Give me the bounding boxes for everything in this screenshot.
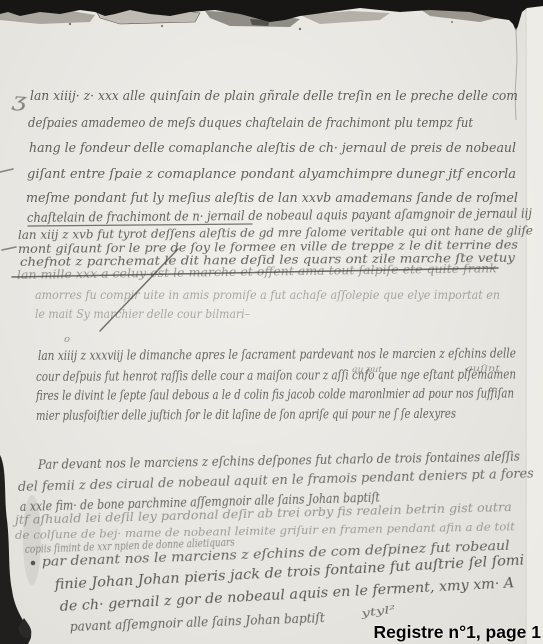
- entry-1-line: le mait Sy marchier delle cour bilmari–: [35, 307, 250, 321]
- marginalia-line: auſint: [466, 364, 501, 373]
- scanned-manuscript-page: lan xiiij· z· xxx alle quinſain de plain…: [0, 0, 543, 644]
- entry-2-line: lan xiiij z xxxviij le dimanche apres le…: [38, 346, 516, 364]
- page-caption: Registre n°1, page 1: [374, 622, 541, 643]
- entry-1-line: amorres fu compir uite in amis promiſe a…: [35, 288, 500, 302]
- entry-1-line: hang le fondeur delle comaplanche aleſti…: [29, 141, 516, 156]
- page-crease-line: [515, 28, 517, 120]
- entry-2-line: fires le divint le ſepte ſaul debous a l…: [35, 386, 514, 404]
- marginalia-line: au put: [352, 365, 383, 374]
- right-paper-edge: [527, 0, 543, 644]
- manuscript-artwork: lan xiiij· z· xxx alle quinſain de plain…: [0, 0, 543, 644]
- margin-dash-mark: [0, 169, 13, 172]
- dot-mark: [31, 561, 36, 566]
- entry-1-line: lan xiiij· z· xxx alle quinſain de plain…: [30, 89, 518, 104]
- entry-1-line: meſme pondant fut ly meſius aleſtis de l…: [26, 191, 518, 206]
- entry-1-line: chaſtelain de frachimont de n· jernail d…: [27, 207, 532, 226]
- marginalia-line: o: [64, 335, 71, 345]
- margin-dash-mark: [2, 247, 16, 250]
- entry-2-line: mier plusfoiſtier delle juſtich ſor le d…: [36, 407, 456, 424]
- handwritten-text-block: lan xiiij· z· xxx alle quinſain de plain…: [10, 87, 534, 635]
- entry-1-line: deſpaies amademeo de meſs duques chaſtel…: [28, 116, 474, 131]
- entry-3-line: pavant aſſemgnoir alle ſains Johan bapti…: [70, 611, 326, 635]
- marginalia-line: ʒ: [10, 87, 28, 112]
- entry-2-line: cour deſpuis fut henrot raſſis delle cou…: [36, 367, 516, 385]
- marginalia-line: ytyl²: [359, 604, 396, 620]
- entry-1-line: giſant entre ſpaie z comaplance pondant …: [27, 167, 516, 182]
